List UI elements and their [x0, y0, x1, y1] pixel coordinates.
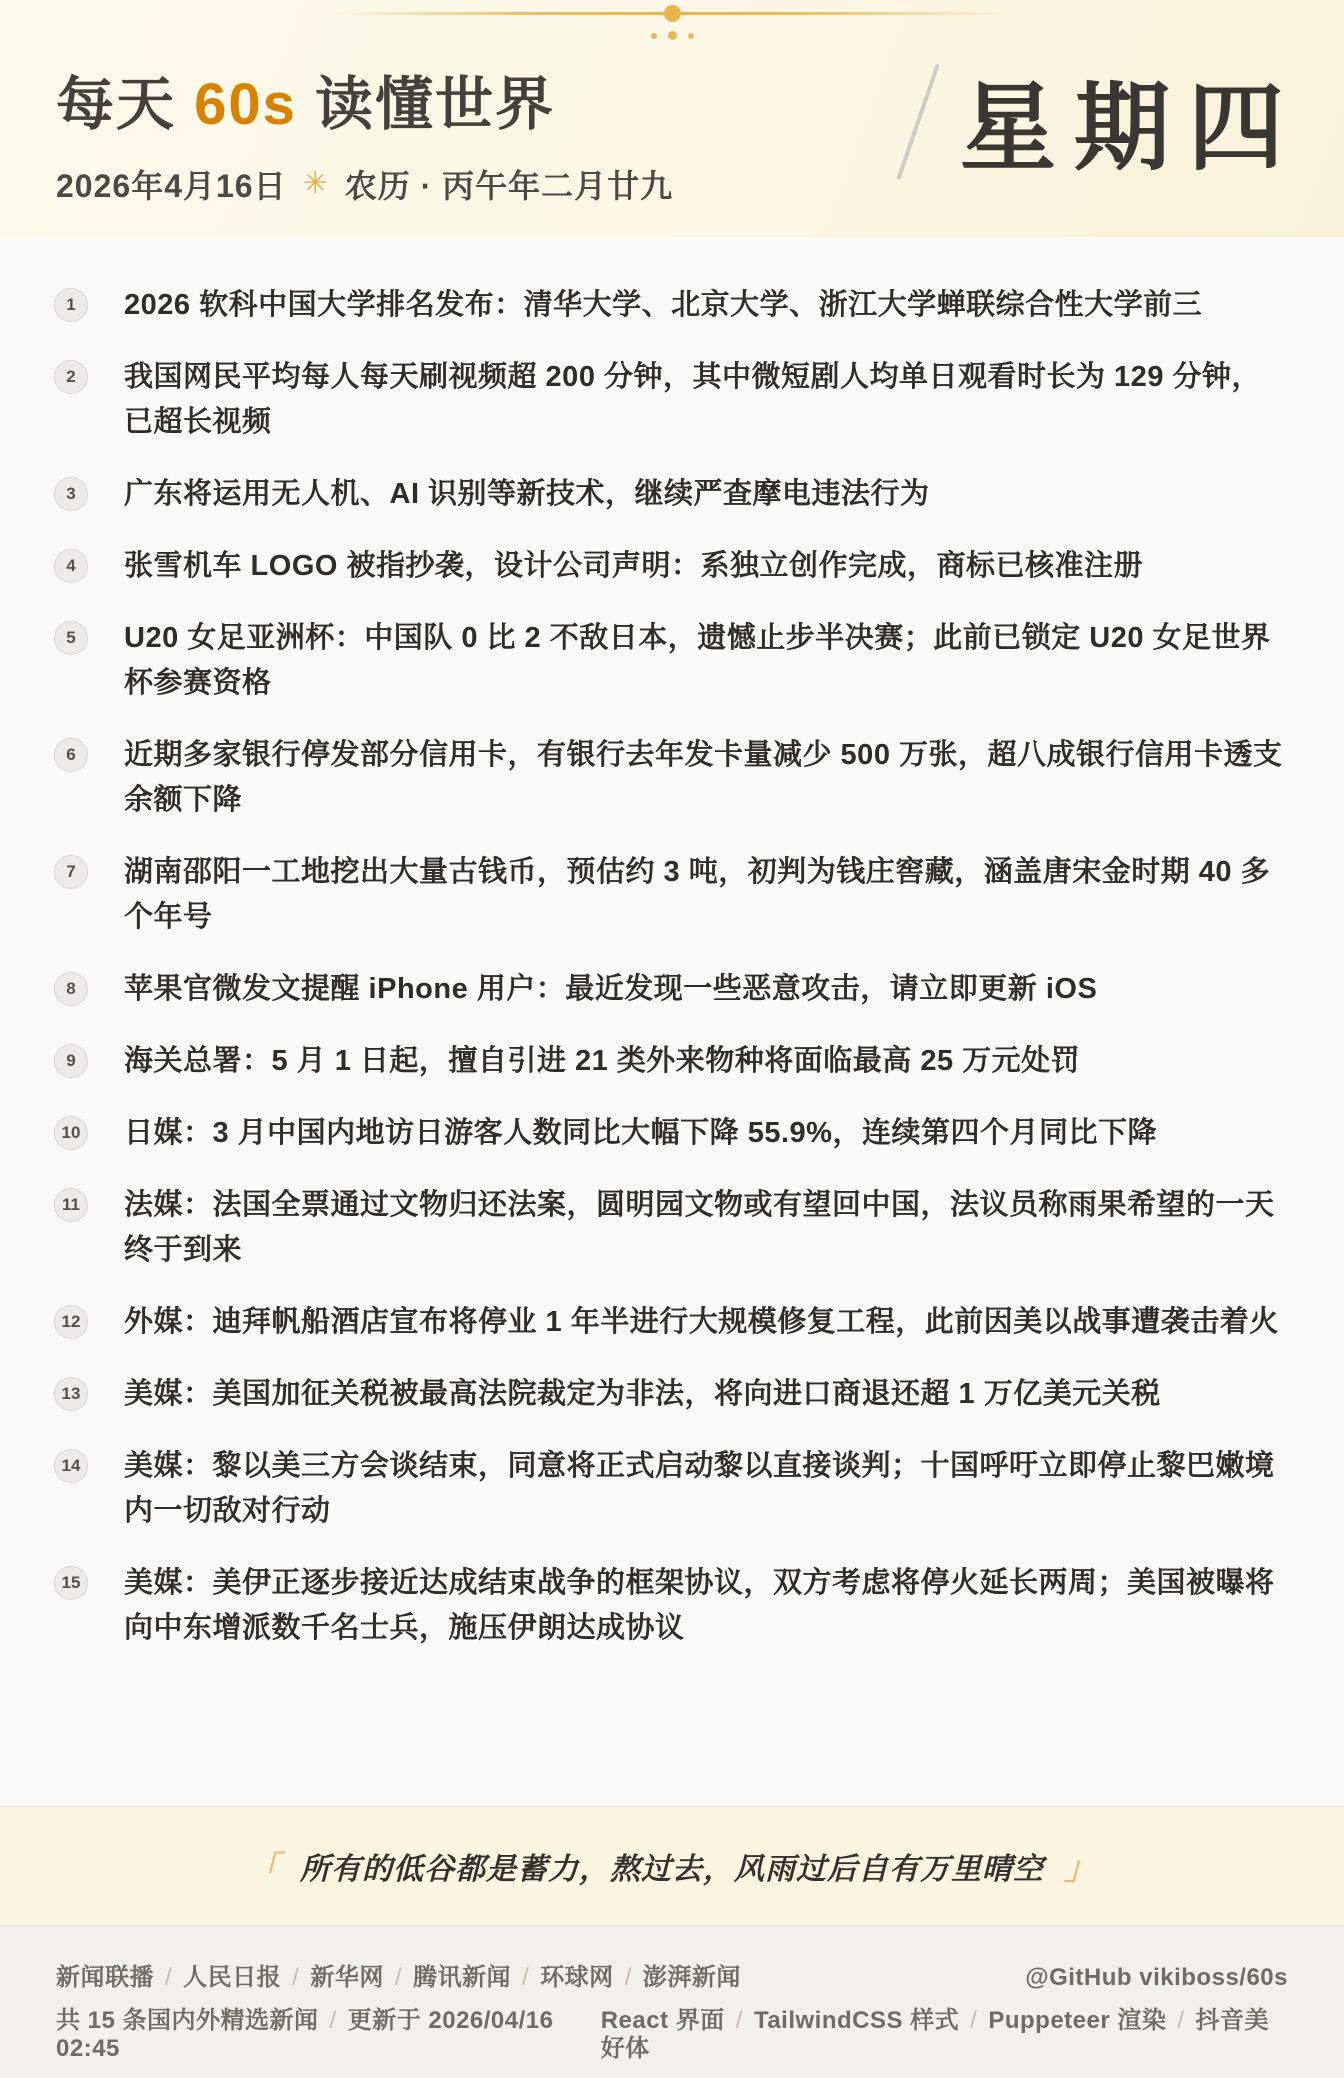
- tech-stack: React 界面/TailwindCSS 样式/Puppeteer 渲染/抖音美…: [601, 2007, 1288, 2063]
- footer: 新闻联播/人民日报/新华网/腾讯新闻/环球网/澎湃新闻 @GitHub viki…: [0, 1926, 1344, 2078]
- news-number-badge: 6: [54, 738, 88, 772]
- news-item: 6近期多家银行停发部分信用卡，有银行去年发卡量减少 500 万张，超八成银行信用…: [54, 733, 1290, 823]
- separator-slash: /: [522, 1964, 529, 1991]
- news-item: 14美媒：黎以美三方会谈结束，同意将正式启动黎以直接谈判；十国呼吁立即停止黎巴嫩…: [54, 1444, 1290, 1534]
- ornament-circle: [664, 5, 681, 22]
- news-item: 12026 软科中国大学排名发布：清华大学、北京大学、浙江大学蝉联综合性大学前三: [54, 283, 1290, 328]
- news-item: 3广东将运用无人机、AI 识别等新技术，继续严查摩电违法行为: [54, 472, 1290, 517]
- news-card-page: 每天 60s 读懂世界 2026年4月16日 ✳ 农历 · 丙午年二月廿九 星期…: [0, 0, 1344, 2078]
- weekday-label: 星期四: [960, 52, 1302, 189]
- news-text: U20 女足亚洲杯：中国队 0 比 2 不敌日本，遗憾止步半决赛；此前已锁定 U…: [124, 616, 1290, 706]
- news-text: 美媒：美国加征关税被最高法院裁定为非法，将向进口商退还超 1 万亿美元关税: [124, 1372, 1161, 1417]
- stack-part: React 界面: [601, 2007, 725, 2034]
- gregorian-date: 2026年4月16日: [56, 161, 287, 207]
- dateline: 2026年4月16日 ✳ 农历 · 丙午年二月廿九: [56, 161, 916, 207]
- title-suffix: 读懂世界: [297, 72, 555, 137]
- summary-updated: 共 15 条国内外精选新闻/更新于 2026/04/16 02:45: [56, 2007, 601, 2063]
- stack-part: Puppeteer 渲染: [988, 2007, 1166, 2034]
- asterisk-icon: ✳: [303, 166, 329, 201]
- news-item: 8苹果官微发文提醒 iPhone 用户：最近发现一些恶意攻击，请立即更新 iOS: [54, 967, 1290, 1012]
- close-bracket-icon: 」: [1064, 1843, 1097, 1889]
- news-number-badge: 2: [54, 360, 88, 394]
- news-text: 美媒：黎以美三方会谈结束，同意将正式启动黎以直接谈判；十国呼吁立即停止黎巴嫩境内…: [124, 1444, 1290, 1534]
- news-text: 广东将运用无人机、AI 识别等新技术，继续严查摩电违法行为: [124, 472, 930, 517]
- source-name: 环球网: [540, 1964, 614, 1991]
- news-number-badge: 10: [54, 1116, 88, 1150]
- news-item: 13美媒：美国加征关税被最高法院裁定为非法，将向进口商退还超 1 万亿美元关税: [54, 1372, 1290, 1417]
- source-name: 人民日报: [183, 1964, 281, 1991]
- header-left: 每天 60s 读懂世界 2026年4月16日 ✳ 农历 · 丙午年二月廿九: [56, 57, 916, 207]
- news-item: 15美媒：美伊正逐步接近达成结束战争的框架协议，双方考虑将停火延长两周；美国被曝…: [54, 1561, 1290, 1651]
- title-accent: 60s: [194, 72, 297, 137]
- news-text: 美媒：美伊正逐步接近达成结束战争的框架协议，双方考虑将停火延长两周；美国被曝将向…: [124, 1561, 1290, 1651]
- news-sources: 新闻联播/人民日报/新华网/腾讯新闻/环球网/澎湃新闻: [56, 1964, 741, 1992]
- news-item: 5U20 女足亚洲杯：中国队 0 比 2 不敌日本，遗憾止步半决赛；此前已锁定 …: [54, 616, 1290, 706]
- news-item: 10日媒：3 月中国内地访日游客人数同比大幅下降 55.9%，连续第四个月同比下…: [54, 1111, 1290, 1156]
- news-number-badge: 15: [54, 1566, 88, 1600]
- news-item: 12外媒：迪拜帆船酒店宣布将停业 1 年半进行大规模修复工程，此前因美以战事遭袭…: [54, 1300, 1290, 1345]
- quote-section: 「 所有的低谷都是蓄力，熬过去，风雨过后自有万里晴空 」: [0, 1806, 1344, 1926]
- header: 每天 60s 读懂世界 2026年4月16日 ✳ 农历 · 丙午年二月廿九 星期…: [0, 0, 1344, 237]
- summary-part: 共 15 条国内外精选新闻: [56, 2007, 319, 2034]
- lunar-date: 农历 · 丙午年二月廿九: [345, 161, 673, 207]
- news-number-badge: 9: [54, 1044, 88, 1078]
- news-text: 近期多家银行停发部分信用卡，有银行去年发卡量减少 500 万张，超八成银行信用卡…: [124, 733, 1290, 823]
- top-ornament-icon: [332, 12, 1012, 40]
- separator-slash: /: [625, 1964, 632, 1991]
- news-text: 日媒：3 月中国内地访日游客人数同比大幅下降 55.9%，连续第四个月同比下降: [124, 1111, 1157, 1156]
- news-text: 2026 软科中国大学排名发布：清华大学、北京大学、浙江大学蝉联综合性大学前三: [124, 283, 1202, 328]
- source-name: 新华网: [310, 1964, 384, 1991]
- news-number-badge: 14: [54, 1449, 88, 1483]
- footer-row-sources: 新闻联播/人民日报/新华网/腾讯新闻/环球网/澎湃新闻 @GitHub viki…: [56, 1964, 1288, 1992]
- news-item: 2我国网民平均每人每天刷视频超 200 分钟，其中微短剧人均单日观看时长为 12…: [54, 355, 1290, 445]
- news-text: 我国网民平均每人每天刷视频超 200 分钟，其中微短剧人均单日观看时长为 129…: [124, 355, 1290, 445]
- separator-slash: /: [395, 1964, 402, 1991]
- news-item: 7湖南邵阳一工地挖出大量古钱币，预估约 3 吨，初判为钱庄窖藏，涵盖唐宋金时期 …: [54, 850, 1290, 940]
- news-item: 4张雪机车 LOGO 被指抄袭，设计公司声明：系独立创作完成，商标已核准注册: [54, 544, 1290, 589]
- news-number-badge: 1: [54, 288, 88, 322]
- news-number-badge: 13: [54, 1377, 88, 1411]
- news-text: 海关总署：5 月 1 日起，擅自引进 21 类外来物种将面临最高 25 万元处罚: [124, 1039, 1080, 1084]
- news-number-badge: 8: [54, 972, 88, 1006]
- news-number-badge: 4: [54, 549, 88, 583]
- news-list: 12026 软科中国大学排名发布：清华大学、北京大学、浙江大学蝉联综合性大学前三…: [54, 283, 1290, 1651]
- separator-slash: /: [1177, 2007, 1184, 2034]
- news-text: 湖南邵阳一工地挖出大量古钱币，预估约 3 吨，初判为钱庄窖藏，涵盖唐宋金时期 4…: [124, 850, 1290, 940]
- separator-slash: /: [330, 2007, 337, 2034]
- stack-part: TailwindCSS 样式: [754, 2007, 959, 2034]
- news-text: 苹果官微发文提醒 iPhone 用户：最近发现一些恶意攻击，请立即更新 iOS: [124, 967, 1097, 1012]
- news-number-badge: 5: [54, 621, 88, 655]
- news-number-badge: 12: [54, 1305, 88, 1339]
- news-item: 11法媒：法国全票通过文物归还法案，圆明园文物或有望回中国，法议员称雨果希望的一…: [54, 1183, 1290, 1273]
- news-number-badge: 7: [54, 855, 88, 889]
- open-bracket-icon: 「: [247, 1843, 280, 1889]
- news-number-badge: 3: [54, 477, 88, 511]
- github-credit: @GitHub vikiboss/60s: [1025, 1964, 1288, 1992]
- page-title: 每天 60s 读懂世界: [56, 57, 916, 141]
- footer-row-meta: 共 15 条国内外精选新闻/更新于 2026/04/16 02:45 React…: [56, 2007, 1288, 2063]
- separator-slash: /: [292, 1964, 299, 1991]
- source-name: 新闻联播: [56, 1964, 154, 1991]
- news-text: 法媒：法国全票通过文物归还法案，圆明园文物或有望回中国，法议员称雨果希望的一天终…: [124, 1183, 1290, 1273]
- news-item: 9海关总署：5 月 1 日起，擅自引进 21 类外来物种将面临最高 25 万元处…: [54, 1039, 1290, 1084]
- news-section: 12026 软科中国大学排名发布：清华大学、北京大学、浙江大学蝉联综合性大学前三…: [0, 237, 1344, 1806]
- daily-quote: 「 所有的低谷都是蓄力，熬过去，风雨过后自有万里晴空 」: [227, 1843, 1117, 1889]
- news-number-badge: 11: [54, 1188, 88, 1222]
- ornament-dots: [651, 31, 694, 40]
- separator-slash: /: [165, 1964, 172, 1991]
- source-name: 澎湃新闻: [643, 1964, 741, 1991]
- separator-slash: /: [736, 2007, 743, 2034]
- source-name: 腾讯新闻: [413, 1964, 511, 1991]
- separator-slash: /: [970, 2007, 977, 2034]
- news-text: 张雪机车 LOGO 被指抄袭，设计公司声明：系独立创作完成，商标已核准注册: [124, 544, 1143, 589]
- quote-text: 所有的低谷都是蓄力，熬过去，风雨过后自有万里晴空: [300, 1844, 1044, 1888]
- news-text: 外媒：迪拜帆船酒店宣布将停业 1 年半进行大规模修复工程，此前因美以战事遭袭击着…: [124, 1300, 1279, 1345]
- title-prefix: 每天: [56, 72, 194, 137]
